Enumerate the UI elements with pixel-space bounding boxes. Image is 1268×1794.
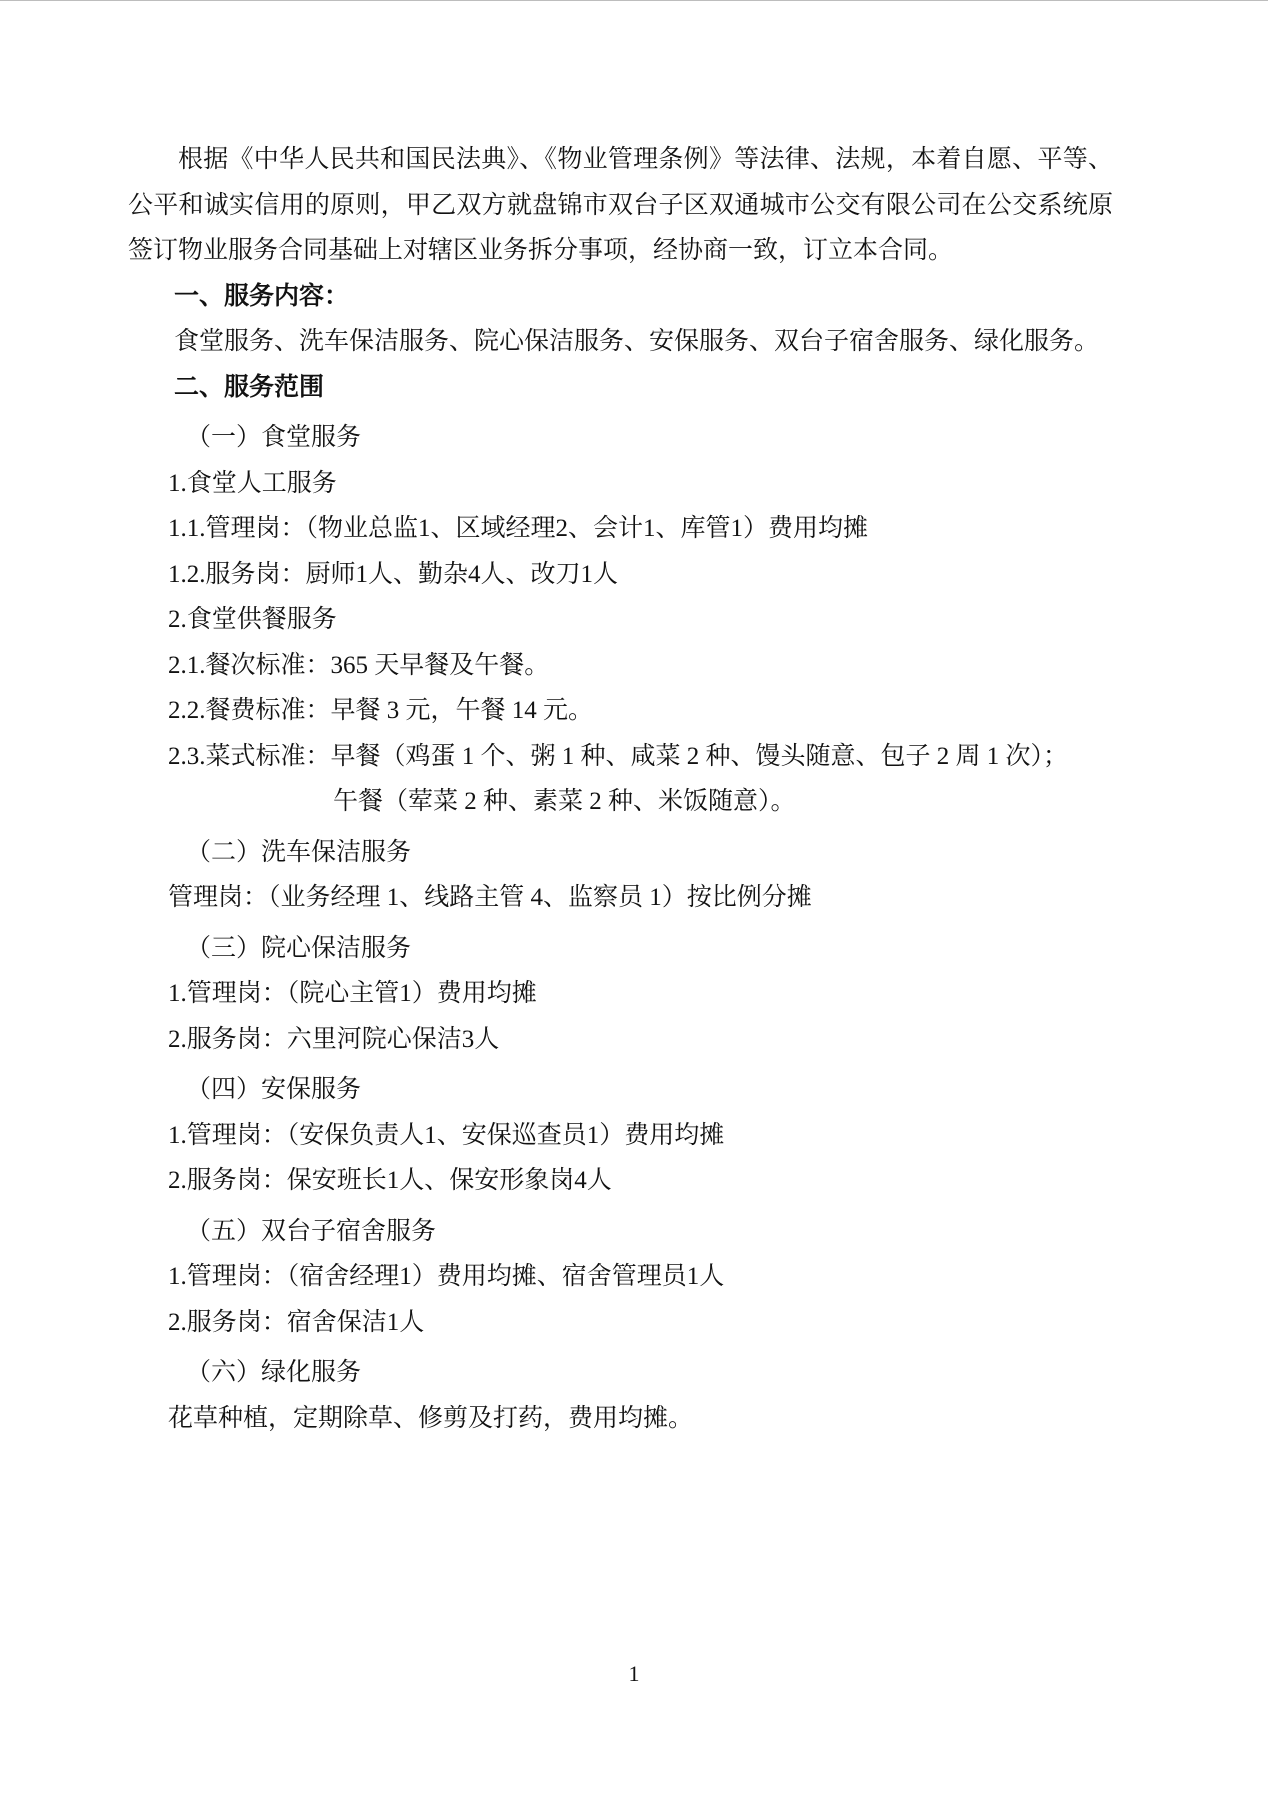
section1-body: 食堂服务、洗车保洁服务、院心保洁服务、安保服务、双台子宿舍服务、绿化服务。 (128, 319, 1113, 365)
scope-line: 管理岗：（业务经理 1、线路主管 4、监察员 1）按比例分摊 (128, 875, 1113, 921)
scope-line: 2.3.菜式标准：早餐（鸡蛋 1 个、粥 1 种、咸菜 2 种、馒头随意、包子 … (128, 734, 1113, 780)
scope-subheading: （六）绿化服务 (128, 1350, 1113, 1396)
scope-subheading: （四）安保服务 (128, 1067, 1113, 1113)
scope-line: 花草种植，定期除草、修剪及打药，费用均摊。 (128, 1396, 1113, 1442)
scope-subheading: （二）洗车保洁服务 (128, 830, 1113, 876)
document-content: 根据《中华人民共和国民法典》、《物业管理条例》等法律、法规，本着自愿、平等、公平… (128, 137, 1113, 1441)
scope-subheading: （五）双台子宿舍服务 (128, 1209, 1113, 1255)
section2-lines: （一）食堂服务1.食堂人工服务1.1.管理岗：（物业总监1、区域经理2、会计1、… (128, 415, 1113, 1441)
scope-line: 1.管理岗：（安保负责人1、安保巡查员1）费用均摊 (128, 1113, 1113, 1159)
intro-paragraph: 根据《中华人民共和国民法典》、《物业管理条例》等法律、法规，本着自愿、平等、公平… (128, 137, 1113, 274)
scope-line: 2.服务岗：六里河院心保洁3人 (128, 1017, 1113, 1063)
section2-heading: 二、服务范围 (128, 365, 1113, 411)
page-number: 1 (0, 1659, 1268, 1689)
section1-heading: 一、服务内容： (128, 274, 1113, 320)
scope-line: 2.1.餐次标准：365 天早餐及午餐。 (128, 643, 1113, 689)
scope-line: 午餐（荤菜 2 种、素菜 2 种、米饭随意）。 (128, 779, 1113, 825)
scope-line: 1.管理岗：（宿舍经理1）费用均摊、宿舍管理员1人 (128, 1254, 1113, 1300)
scope-line: 2.2.餐费标准：早餐 3 元，午餐 14 元。 (128, 688, 1113, 734)
scope-line: 2.服务岗：保安班长1人、保安形象岗4人 (128, 1158, 1113, 1204)
scope-line: 2.食堂供餐服务 (128, 597, 1113, 643)
scope-line: 1.管理岗：（院心主管1）费用均摊 (128, 971, 1113, 1017)
scope-line: 2.服务岗：宿舍保洁1人 (128, 1300, 1113, 1346)
scope-line: 1.1.管理岗：（物业总监1、区域经理2、会计1、库管1）费用均摊 (128, 506, 1113, 552)
scope-subheading: （一）食堂服务 (128, 415, 1113, 461)
scope-line: 1.2.服务岗：厨师1人、勤杂4人、改刀1人 (128, 552, 1113, 598)
scope-line: 1.食堂人工服务 (128, 461, 1113, 507)
document-page: 根据《中华人民共和国民法典》、《物业管理条例》等法律、法规，本着自愿、平等、公平… (0, 0, 1268, 1794)
scope-subheading: （三）院心保洁服务 (128, 926, 1113, 972)
